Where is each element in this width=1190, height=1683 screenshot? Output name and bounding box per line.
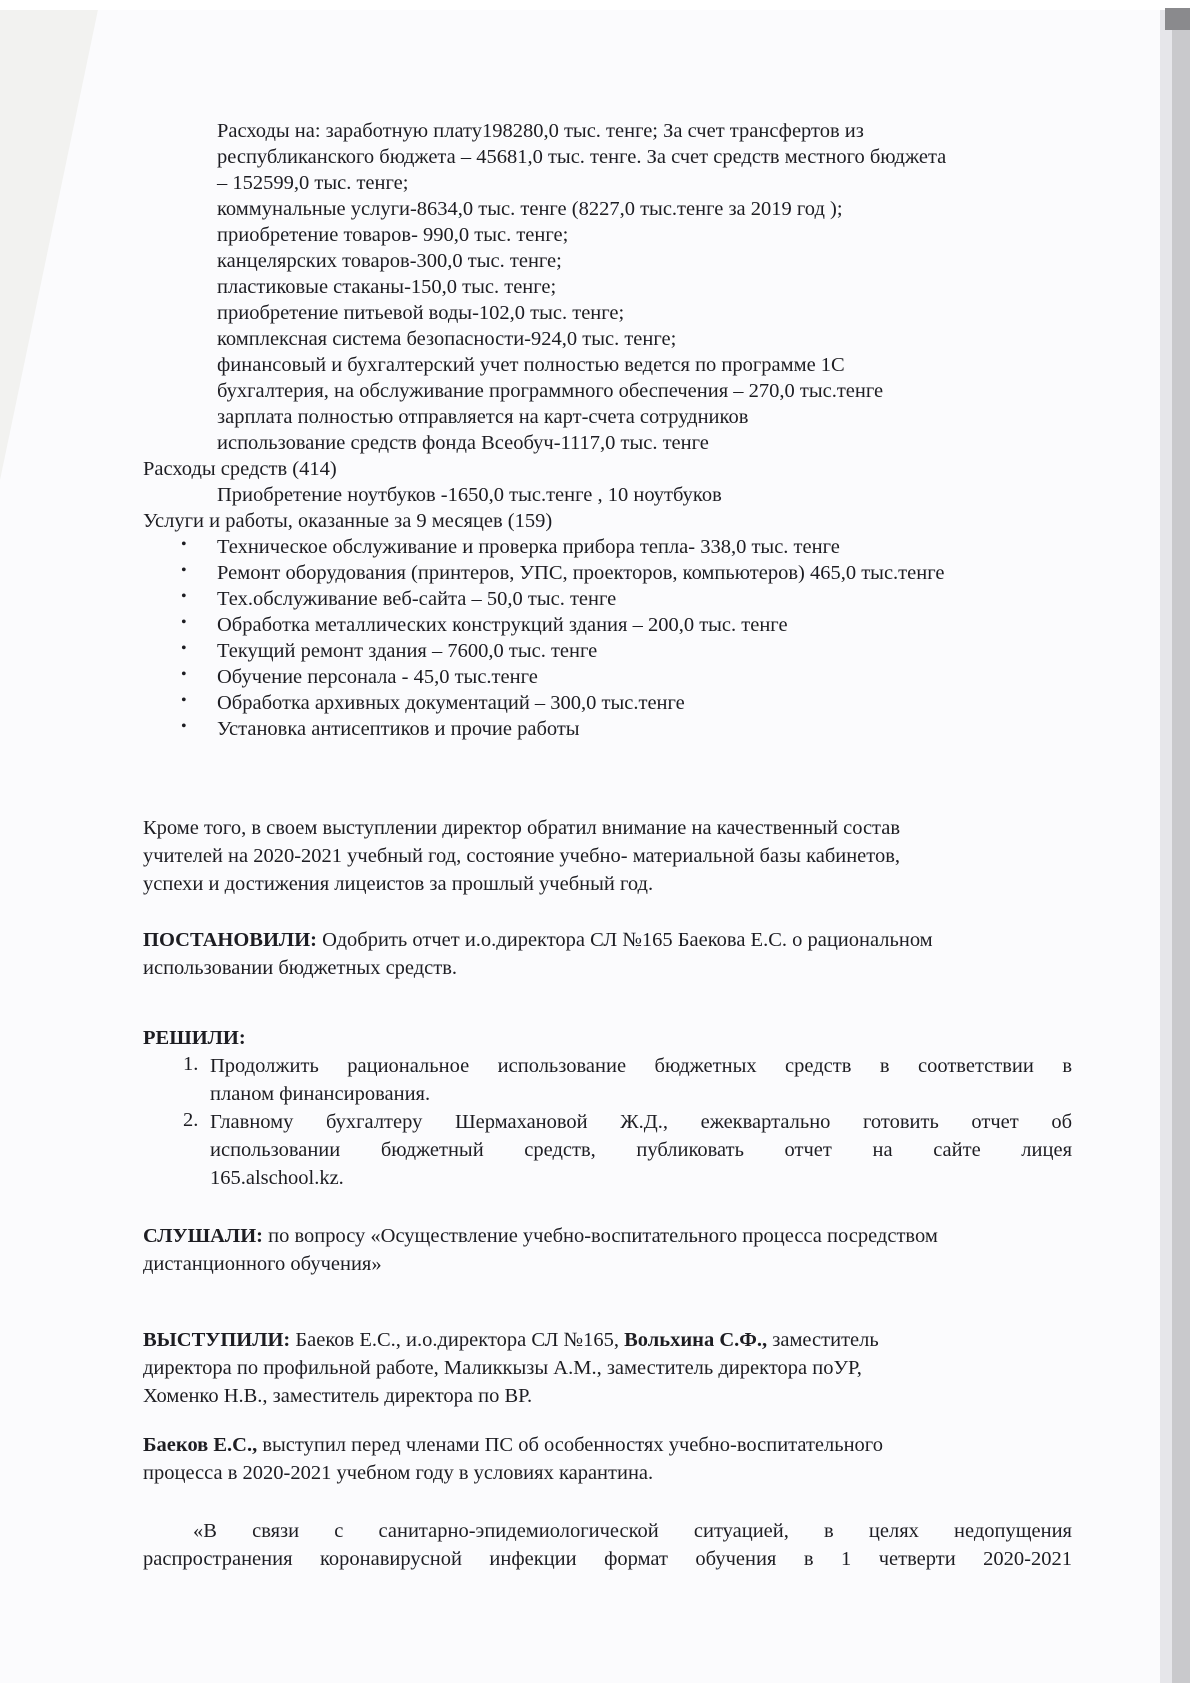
expense-line: канцелярских товаров-300,0 тыс. тенге; xyxy=(217,248,562,274)
baekov-text-2: процесса в 2020-2021 учебном году в усло… xyxy=(143,1460,653,1486)
list-number: 1. xyxy=(183,1053,198,1076)
reshili-label: РЕШИЛИ: xyxy=(143,1025,246,1051)
bullet-icon: • xyxy=(181,614,187,632)
decision-line: Главному бухгалтеру Шермахановой Ж.Д., е… xyxy=(210,1109,1072,1135)
service-item: Тех.обслуживание веб-сайта – 50,0 тыс. т… xyxy=(217,586,616,612)
service-item: Обучение персонала - 45,0 тыс.тенге xyxy=(217,664,538,690)
service-item: Обработка архивных документаций – 300,0 … xyxy=(217,690,685,716)
slushali-line: СЛУШАЛИ: по вопросу «Осуществление учебн… xyxy=(143,1223,938,1249)
postanovili-text: Одобрить отчет и.о.директора СЛ №165 Бае… xyxy=(317,929,933,951)
services-heading: Услуги и работы, оказанные за 9 месяцев … xyxy=(143,508,552,534)
bullet-icon: • xyxy=(181,718,187,736)
expense-line: бухгалтерия, на обслуживание программног… xyxy=(217,378,883,404)
expense-line: зарплата полностью отправляется на карт-… xyxy=(217,404,748,430)
list-number: 2. xyxy=(183,1109,198,1132)
service-item: Установка антисептиков и прочие работы xyxy=(217,716,580,742)
vystupili-text-2: директора по профильной работе, Маликкыз… xyxy=(143,1355,862,1381)
bullet-icon: • xyxy=(181,692,187,710)
speaker-text: Баеков Е.С., и.о.директора СЛ №165, xyxy=(290,1329,624,1351)
postanovili-line: ПОСТАНОВИЛИ: Одобрить отчет и.о.директор… xyxy=(143,927,933,953)
note-line: учителей на 2020-2021 учебный год, состо… xyxy=(143,843,900,869)
service-item: Техническое обслуживание и проверка приб… xyxy=(217,534,840,560)
slushali-text-2: дистанционного обучения» xyxy=(143,1251,382,1277)
reshili-heading: РЕШИЛИ: xyxy=(143,1027,246,1049)
vystupili-text-3: Хоменко Н.В., заместитель директора по В… xyxy=(143,1383,532,1409)
postanovili-text-2: использовании бюджетных средств. xyxy=(143,955,457,981)
slushali-label: СЛУШАЛИ: xyxy=(143,1225,263,1247)
decision-website: 165.alschool.kz. xyxy=(210,1165,344,1191)
baekov-text: выступил перед членами ПС об особенностя… xyxy=(257,1434,883,1456)
expense-line: приобретение питьевой воды-102,0 тыс. те… xyxy=(217,300,624,326)
bullet-icon: • xyxy=(181,536,187,554)
slushali-text: по вопросу «Осуществление учебно-воспита… xyxy=(263,1225,938,1247)
quote-line: распространения коронавирусной инфекции … xyxy=(143,1546,1072,1572)
service-item: Текущий ремонт здания – 7600,0 тыс. тенг… xyxy=(217,638,597,664)
expense-line: приобретение товаров- 990,0 тыс. тенге; xyxy=(217,222,568,248)
bullet-icon: • xyxy=(181,588,187,606)
speaker-role: заместитель xyxy=(767,1329,879,1351)
expense-line: комплексная система безопасности-924,0 т… xyxy=(217,326,676,352)
expense-line: пластиковые стаканы-150,0 тыс. тенге; xyxy=(217,274,556,300)
quote-line: «В связи с санитарно-эпидемиологической … xyxy=(193,1518,1072,1544)
folded-corner xyxy=(0,0,100,480)
expense-line: финансовый и бухгалтерский учет полность… xyxy=(217,352,845,378)
bullet-icon: • xyxy=(181,666,187,684)
page-edge xyxy=(1160,10,1172,1683)
speaker-name: Вольхина С.Ф., xyxy=(624,1329,767,1351)
service-item: Обработка металлических конструкций здан… xyxy=(217,612,788,638)
postanovili-label: ПОСТАНОВИЛИ: xyxy=(143,929,317,951)
scan-top-edge xyxy=(0,0,1190,10)
document-page xyxy=(0,0,1170,1683)
expenses-414-item: Приобретение ноутбуков -1650,0 тыс.тенге… xyxy=(217,482,722,508)
expense-line: республиканского бюджета – 45681,0 тыс. … xyxy=(217,144,946,170)
bullet-icon: • xyxy=(181,562,187,580)
vystupili-line: ВЫСТУПИЛИ: Баеков Е.С., и.о.директора СЛ… xyxy=(143,1327,879,1353)
page-edge-shadow xyxy=(1172,10,1190,1683)
page-edge-corner xyxy=(1165,8,1190,30)
vystupili-label: ВЫСТУПИЛИ: xyxy=(143,1329,290,1351)
service-item: Ремонт оборудования (принтеров, УПС, про… xyxy=(217,560,944,586)
decision-line: Продолжить рациональное использование бю… xyxy=(210,1053,1072,1079)
expenses-414-heading: Расходы средств (414) xyxy=(143,456,337,482)
decision-line: использовании бюджетный средств, публико… xyxy=(210,1137,1072,1163)
expense-line: – 152599,0 тыс. тенге; xyxy=(217,170,408,196)
note-line: успехи и достижения лицеистов за прошлый… xyxy=(143,871,653,897)
expense-line: Расходы на: заработную плату198280,0 тыс… xyxy=(217,118,864,144)
baekov-label: Баеков Е.С., xyxy=(143,1434,257,1456)
note-line: Кроме того, в своем выступлении директор… xyxy=(143,815,900,841)
expense-line: использование средств фонда Всеобуч-1117… xyxy=(217,430,709,456)
expense-line: коммунальные услуги-8634,0 тыс. тенге (8… xyxy=(217,196,843,222)
decision-line: планом финансирования. xyxy=(210,1081,430,1107)
baekov-line: Баеков Е.С., выступил перед членами ПС о… xyxy=(143,1432,883,1458)
bullet-icon: • xyxy=(181,640,187,658)
